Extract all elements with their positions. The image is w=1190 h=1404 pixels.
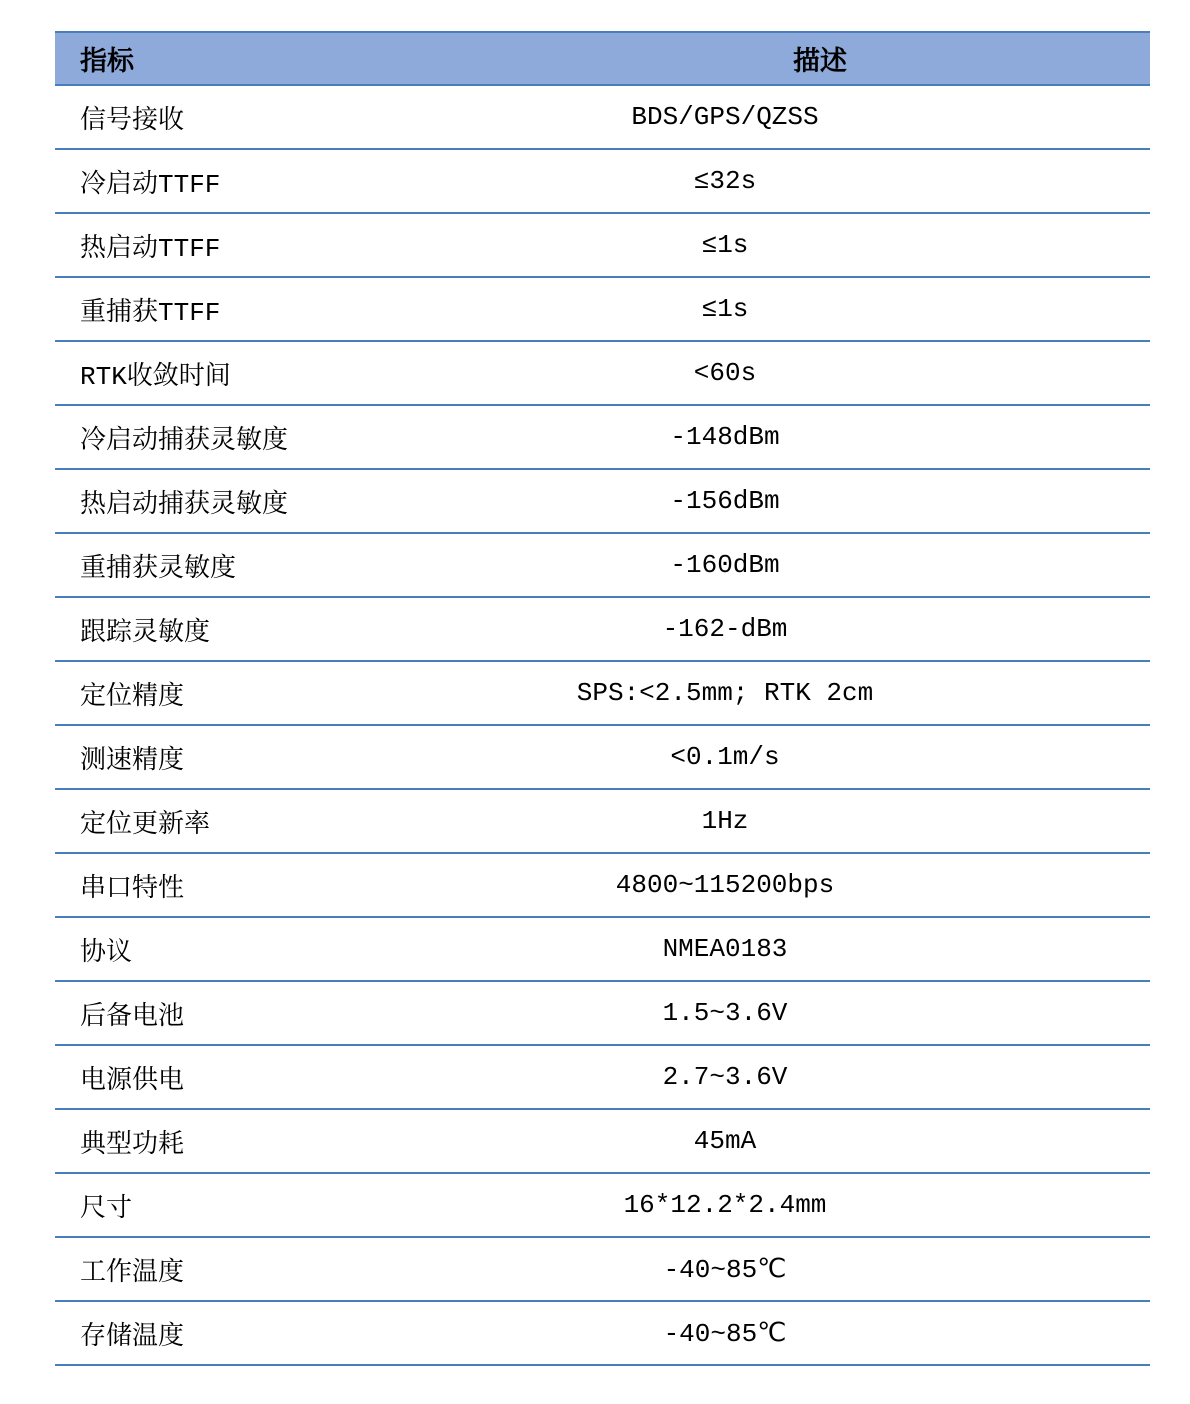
description-cell: <0.1m/s: [490, 726, 1150, 788]
description-cell: 45mA: [490, 1110, 1150, 1172]
indicator-cell: 存储温度: [55, 1302, 490, 1364]
description-cell: -40~85℃: [490, 1238, 1150, 1300]
table-row: 重捕获TTFF ≤1s: [55, 276, 1150, 340]
table-row: 串口特性 4800~115200bps: [55, 852, 1150, 916]
description-cell: 1Hz: [490, 790, 1150, 852]
indicator-cell: 工作温度: [55, 1238, 490, 1300]
description-cell: NMEA0183: [490, 918, 1150, 980]
table-header-row: 指标 描述: [55, 33, 1150, 84]
indicator-cell: 协议: [55, 918, 490, 980]
indicator-cell: 后备电池: [55, 982, 490, 1044]
description-cell: -160dBm: [490, 534, 1150, 596]
description-cell: -162-dBm: [490, 598, 1150, 660]
description-cell: ≤32s: [490, 150, 1150, 212]
indicator-cell: 冷启动TTFF: [55, 150, 490, 212]
table-row: 定位更新率 1Hz: [55, 788, 1150, 852]
description-cell: -40~85℃: [490, 1302, 1150, 1364]
table-row: 工作温度 -40~85℃: [55, 1236, 1150, 1300]
table-row: 冷启动捕获灵敏度 -148dBm: [55, 404, 1150, 468]
indicator-cell: 电源供电: [55, 1046, 490, 1108]
table-row: 典型功耗 45mA: [55, 1108, 1150, 1172]
description-cell: -148dBm: [490, 406, 1150, 468]
description-cell: <60s: [490, 342, 1150, 404]
table-row: 电源供电 2.7~3.6V: [55, 1044, 1150, 1108]
table-row: 热启动TTFF ≤1s: [55, 212, 1150, 276]
indicator-cell: 跟踪灵敏度: [55, 598, 490, 660]
indicator-cell: 典型功耗: [55, 1110, 490, 1172]
indicator-cell: 热启动TTFF: [55, 214, 490, 276]
indicator-cell: 重捕获灵敏度: [55, 534, 490, 596]
indicator-cell: 尺寸: [55, 1174, 490, 1236]
document-page: 指标 描述 信号接收 BDS/GPS/QZSS 冷启动TTFF ≤32s 热启动…: [0, 0, 1190, 1404]
table-row: 重捕获灵敏度 -160dBm: [55, 532, 1150, 596]
description-cell: 16*12.2*2.4mm: [490, 1174, 1150, 1236]
table-row: 冷启动TTFF ≤32s: [55, 148, 1150, 212]
indicator-cell: 串口特性: [55, 854, 490, 916]
table-row: RTK收敛时间 <60s: [55, 340, 1150, 404]
table-row: 存储温度 -40~85℃: [55, 1300, 1150, 1364]
table-row: 尺寸 16*12.2*2.4mm: [55, 1172, 1150, 1236]
description-cell: 2.7~3.6V: [490, 1046, 1150, 1108]
table-row: 跟踪灵敏度 -162-dBm: [55, 596, 1150, 660]
spec-table: 指标 描述 信号接收 BDS/GPS/QZSS 冷启动TTFF ≤32s 热启动…: [55, 31, 1150, 1366]
table-body: 信号接收 BDS/GPS/QZSS 冷启动TTFF ≤32s 热启动TTFF ≤…: [55, 84, 1150, 1364]
indicator-cell: 信号接收: [55, 86, 490, 148]
indicator-cell: 测速精度: [55, 726, 490, 788]
description-cell: 1.5~3.6V: [490, 982, 1150, 1044]
table-row: 信号接收 BDS/GPS/QZSS: [55, 84, 1150, 148]
indicator-cell: RTK收敛时间: [55, 342, 490, 404]
indicator-cell: 热启动捕获灵敏度: [55, 470, 490, 532]
table-row: 后备电池 1.5~3.6V: [55, 980, 1150, 1044]
description-cell: SPS:<2.5mm; RTK 2cm: [490, 662, 1150, 724]
table-row: 定位精度 SPS:<2.5mm; RTK 2cm: [55, 660, 1150, 724]
description-cell: -156dBm: [490, 470, 1150, 532]
indicator-cell: 定位更新率: [55, 790, 490, 852]
indicator-cell: 冷启动捕获灵敏度: [55, 406, 490, 468]
indicator-cell: 定位精度: [55, 662, 490, 724]
description-cell: ≤1s: [490, 278, 1150, 340]
description-cell: ≤1s: [490, 214, 1150, 276]
header-cell-description: 描述: [490, 33, 1150, 84]
indicator-cell: 重捕获TTFF: [55, 278, 490, 340]
description-cell: BDS/GPS/QZSS: [490, 86, 1150, 148]
table-row: 协议 NMEA0183: [55, 916, 1150, 980]
header-cell-indicator: 指标: [55, 33, 490, 84]
description-cell: 4800~115200bps: [490, 854, 1150, 916]
table-row: 测速精度 <0.1m/s: [55, 724, 1150, 788]
table-row: 热启动捕获灵敏度 -156dBm: [55, 468, 1150, 532]
